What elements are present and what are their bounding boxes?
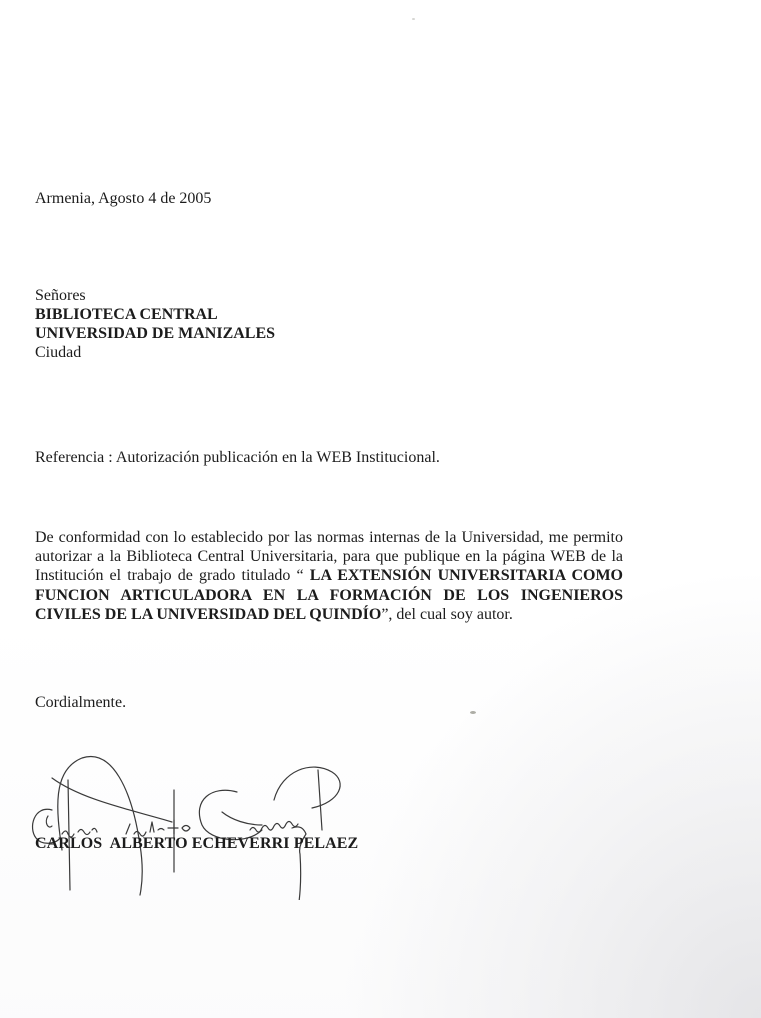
- closing-line: Cordialmente.: [35, 693, 126, 712]
- recipient-line-1: BIBLIOTECA CENTRAL: [35, 305, 275, 324]
- paper-background: [0, 0, 761, 1018]
- reference-line: Referencia : Autorización publicación en…: [35, 448, 440, 467]
- signer-name: CARLOS ALBERTO ECHEVERRI PELAEZ: [35, 835, 358, 853]
- handwritten-signature: [22, 750, 382, 900]
- recipient-city: Ciudad: [35, 343, 275, 362]
- date-line: Armenia, Agosto 4 de 2005: [35, 189, 211, 208]
- recipient-block: Señores BIBLIOTECA CENTRAL UNIVERSIDAD D…: [35, 286, 275, 362]
- body-paragraph: De conformidad con lo establecido por la…: [35, 528, 623, 624]
- recipient-salutation: Señores: [35, 286, 275, 305]
- body-outro: ”, del cual soy autor.: [381, 606, 513, 623]
- scan-speck: [470, 711, 476, 714]
- recipient-line-2: UNIVERSIDAD DE MANIZALES: [35, 324, 275, 343]
- scan-speck: [412, 18, 415, 20]
